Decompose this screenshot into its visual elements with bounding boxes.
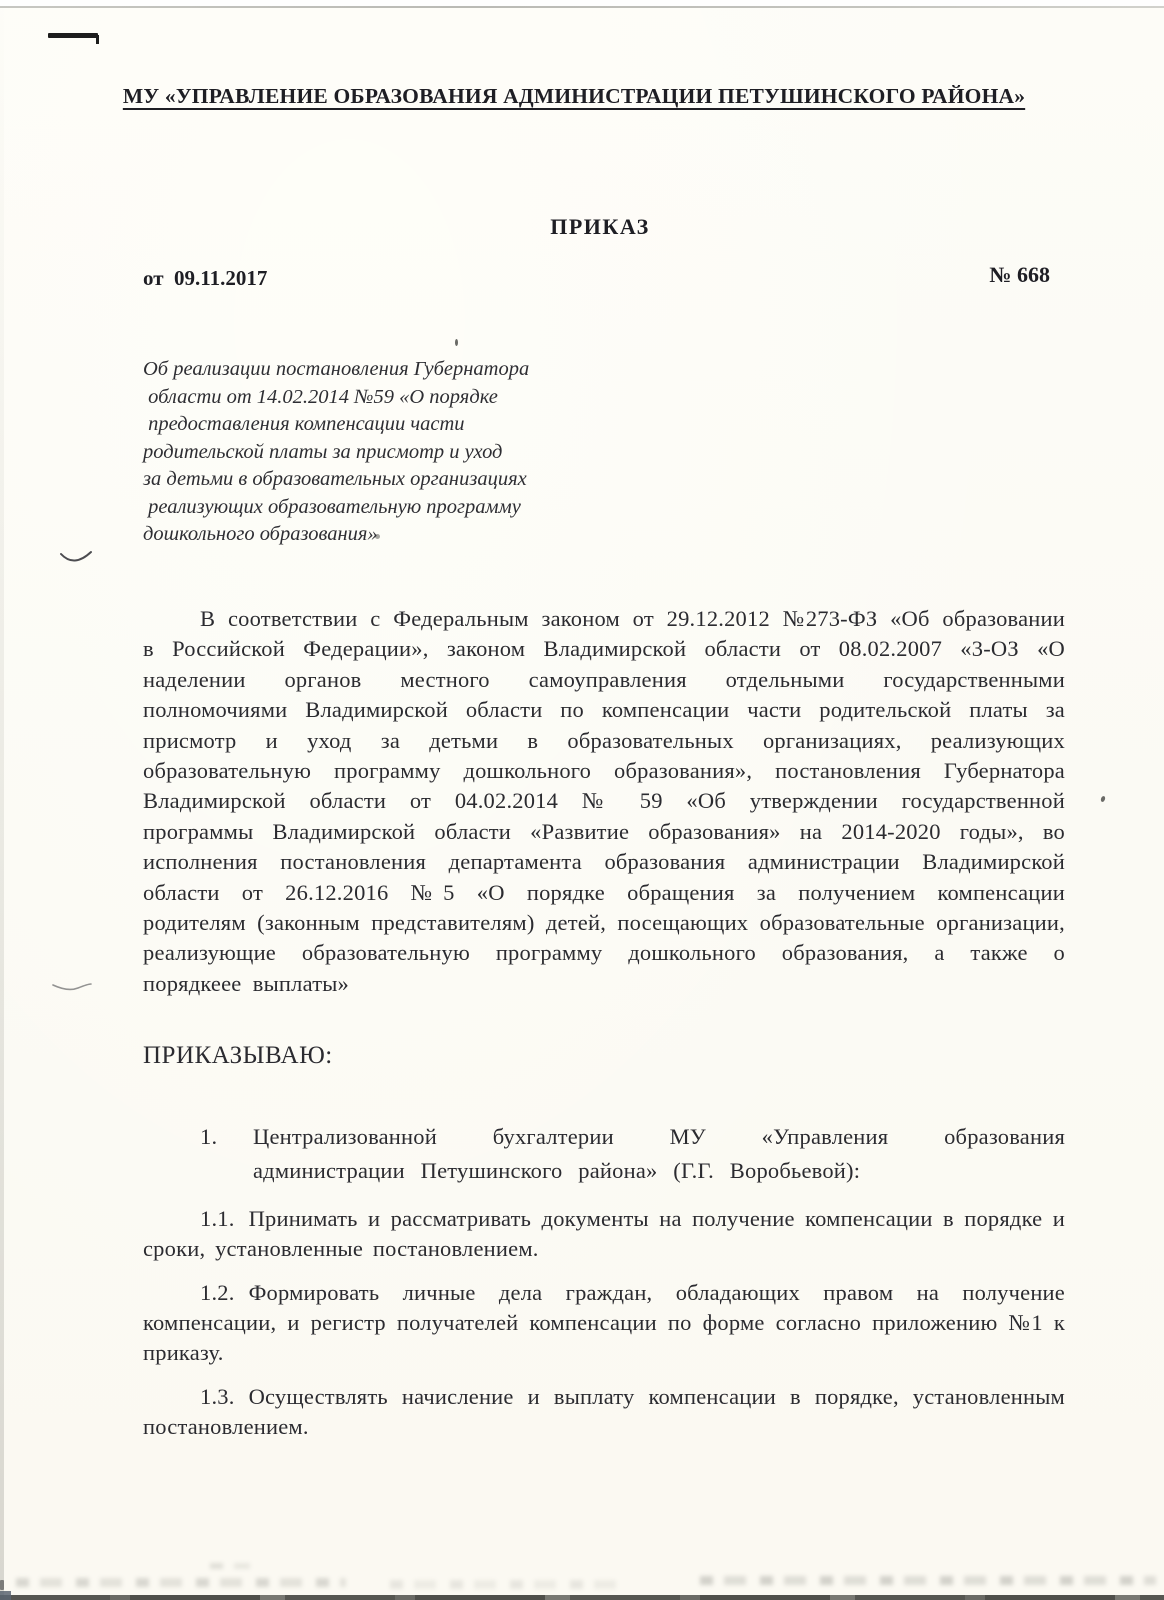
scan-edge-tick [0, 1580, 4, 1590]
order-item: 1.2.Формировать личные дела граждан, обл… [143, 1278, 1065, 1368]
subject-line: предоставления компенсации части [143, 411, 643, 439]
scanned-document-page: МУ «УПРАВЛЕНИЕ ОБРАЗОВАНИЯ АДМИНИСТРАЦИИ… [0, 0, 1164, 1600]
order-item: 1.3.Осуществлять начисление и выплату ко… [143, 1382, 1065, 1442]
scan-corner-artifact [0, 1591, 11, 1600]
item-text: Принимать и рассматривать документы на п… [143, 1206, 1065, 1261]
scan-speck [1100, 795, 1106, 802]
bleed-through-text [210, 1563, 250, 1569]
scan-top-edge-line [0, 6, 1164, 8]
subject-line: реализующих образовательную программу [143, 494, 643, 522]
resolution-word: ПРИКАЗЫВАЮ: [143, 1042, 333, 1070]
item-number: 1.1. [200, 1206, 235, 1231]
bleed-through-text [390, 1580, 630, 1589]
item-number: 1. [200, 1120, 217, 1154]
pen-check-mark [60, 548, 94, 573]
order-items: 1.Централизованной бухгалтерии МУ «Управ… [143, 1120, 1065, 1456]
bleed-through-text [700, 1576, 1156, 1585]
item-text: Централизованной бухгалтерии МУ «Управле… [253, 1124, 1065, 1183]
item-text: Осуществлять начисление и выплату компен… [143, 1384, 1065, 1439]
ink-bar-mark [48, 33, 98, 38]
subject-line: дошкольного образования» [143, 521, 643, 549]
pen-check-mark [52, 978, 92, 999]
bleed-through-text [16, 1578, 346, 1587]
document-header: МУ «УПРАВЛЕНИЕ ОБРАЗОВАНИЯ АДМИНИСТРАЦИИ… [0, 84, 1148, 109]
subject-line: за детьми в образовательных организациях [143, 466, 643, 494]
organization-title: МУ «УПРАВЛЕНИЕ ОБРАЗОВАНИЯ АДМИНИСТРАЦИИ… [123, 84, 1025, 108]
order-item: 1.Централизованной бухгалтерии МУ «Управ… [143, 1120, 1065, 1188]
scan-left-edge-shade [0, 0, 4, 1600]
preamble-paragraph: В соответствии с Федеральным законом от … [143, 604, 1065, 999]
order-item: 1.1.Принимать и рассматривать документы … [143, 1204, 1065, 1264]
scan-bottom-edge [0, 1595, 1164, 1600]
document-date: от 09.11.2017 [143, 266, 267, 291]
item-number: 1.2. [200, 1280, 235, 1305]
subject-line: области от 14.02.2014 №59 «О порядке [143, 384, 643, 412]
item-number: 1.3. [200, 1384, 235, 1409]
scan-speck [455, 339, 458, 346]
item-text: Формировать личные дела граждан, обладаю… [143, 1280, 1065, 1365]
subject-line: Об реализации постановления Губернатора [143, 356, 643, 384]
subject-line: родительской платы за присмотр и уход [143, 439, 643, 467]
subject-block: Об реализации постановления Губернатора … [143, 356, 643, 549]
document-type-title: ПРИКАЗ [0, 214, 1164, 240]
document-number: № 668 [989, 262, 1050, 288]
